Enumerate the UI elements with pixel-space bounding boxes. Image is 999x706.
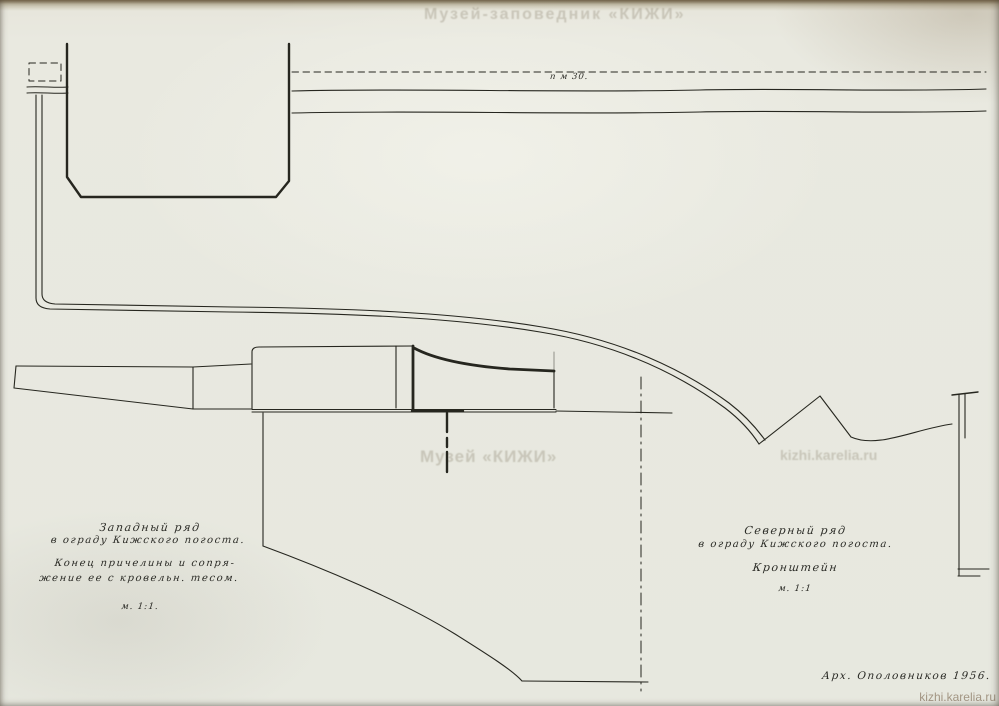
trough-section-outline xyxy=(67,44,289,197)
north-caption-line3: Кронштейн xyxy=(687,561,903,574)
hidden-edge-rect xyxy=(29,63,61,81)
west-caption-line4: жение ее с кровельн. тесом. xyxy=(23,573,254,584)
sweep-curve-outer xyxy=(36,95,759,444)
board-left-end xyxy=(14,366,16,388)
bracket-curve xyxy=(263,546,522,681)
elevation-note: п м 30. xyxy=(549,72,589,82)
sheathing-extension xyxy=(556,411,672,413)
west-caption-line1: Западный ряд xyxy=(39,521,260,534)
architect-signature: Арх. Ополовников 1956. xyxy=(821,670,991,682)
sweep-curve-inner xyxy=(42,95,765,440)
north-caption-scale: м. 1:1 xyxy=(699,584,890,594)
ground-line-1 xyxy=(292,89,986,91)
north-caption-line2: в ограду Кижского погоста. xyxy=(677,539,913,550)
bracket-bottom-edge xyxy=(522,681,648,682)
profile-bold-curve xyxy=(414,348,554,371)
scanned-drawing-sheet: Музей-заповедник «КИЖИ» Музей «КИЖИ» kiz… xyxy=(0,0,999,706)
ground-line-2 xyxy=(292,111,986,113)
west-caption-line3: Конец причелины и сопря- xyxy=(29,558,260,569)
west-caption-line2: в ограду Кижского погоста. xyxy=(27,535,268,546)
block-left-edge xyxy=(252,346,413,409)
architectural-drawing-svg xyxy=(0,0,999,706)
board-top-edge xyxy=(16,364,251,367)
west-caption-scale: м. 1:1. xyxy=(49,602,230,612)
left-ground-line-upper xyxy=(27,87,68,88)
left-ground-line-lower xyxy=(27,93,68,94)
board-bottom-edge xyxy=(14,388,251,409)
roof-peak-lines xyxy=(759,396,952,444)
north-caption-line1: Северный ряд xyxy=(687,524,903,537)
